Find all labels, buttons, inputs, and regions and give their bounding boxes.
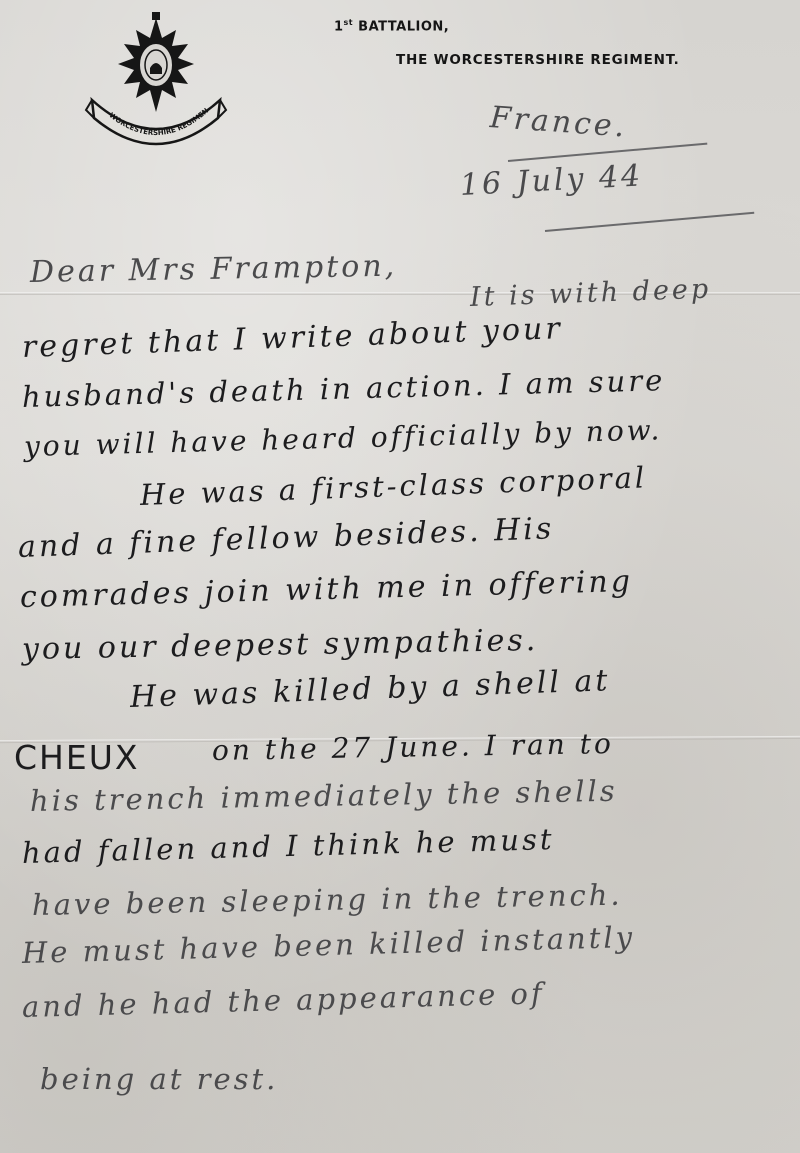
regiment-heading: THE WORCESTERSHIRE REGIMENT.: [396, 52, 680, 68]
letter-line: comrades join with me in offering: [20, 564, 634, 615]
letter-line: He must have been killed instantly: [22, 920, 636, 970]
letter-line: had fallen and I think he must: [22, 822, 555, 870]
letter-line: his trench immediately the shells: [30, 774, 618, 818]
letter-line: and he had the appearance of: [22, 976, 545, 1024]
letter-line: and a fine fellow besides. His: [17, 511, 554, 565]
letter-line: you will have heard officially by now.: [24, 413, 663, 463]
place-name-cheux: CHEUX: [14, 738, 139, 777]
place-underline: [508, 143, 707, 162]
letter-place: France.: [489, 100, 629, 145]
battalion-suffix: st: [344, 18, 354, 27]
letter-line: He was killed by a shell at: [129, 663, 611, 715]
letter-date: 16 July 44: [459, 158, 644, 203]
letter-line: being at rest.: [40, 1062, 278, 1096]
battalion-label: BATTALION,: [358, 19, 449, 34]
salutation: Dear Mrs Frampton,: [30, 249, 398, 290]
letter-page: WORCESTERSHIRE REGIMENT 1st BATTALION, T…: [0, 0, 800, 1153]
letter-line: He was a first-class corporal: [139, 460, 647, 512]
letter-line: on the 27 June. I ran to: [212, 727, 614, 767]
letter-line: husband's death in action. I am sure: [22, 363, 666, 414]
battalion-heading: 1st BATTALION,: [334, 18, 449, 34]
letter-line: regret that I write about your: [21, 311, 563, 365]
letter-line: you our deepest sympathies.: [22, 623, 539, 667]
regimental-crest-icon: WORCESTERSHIRE REGIMENT: [84, 8, 229, 153]
battalion-number: 1: [334, 19, 344, 34]
date-underline: [545, 212, 754, 232]
letter-line: It is with deep: [469, 274, 711, 313]
letter-line: have been sleeping in the trench.: [32, 878, 623, 922]
